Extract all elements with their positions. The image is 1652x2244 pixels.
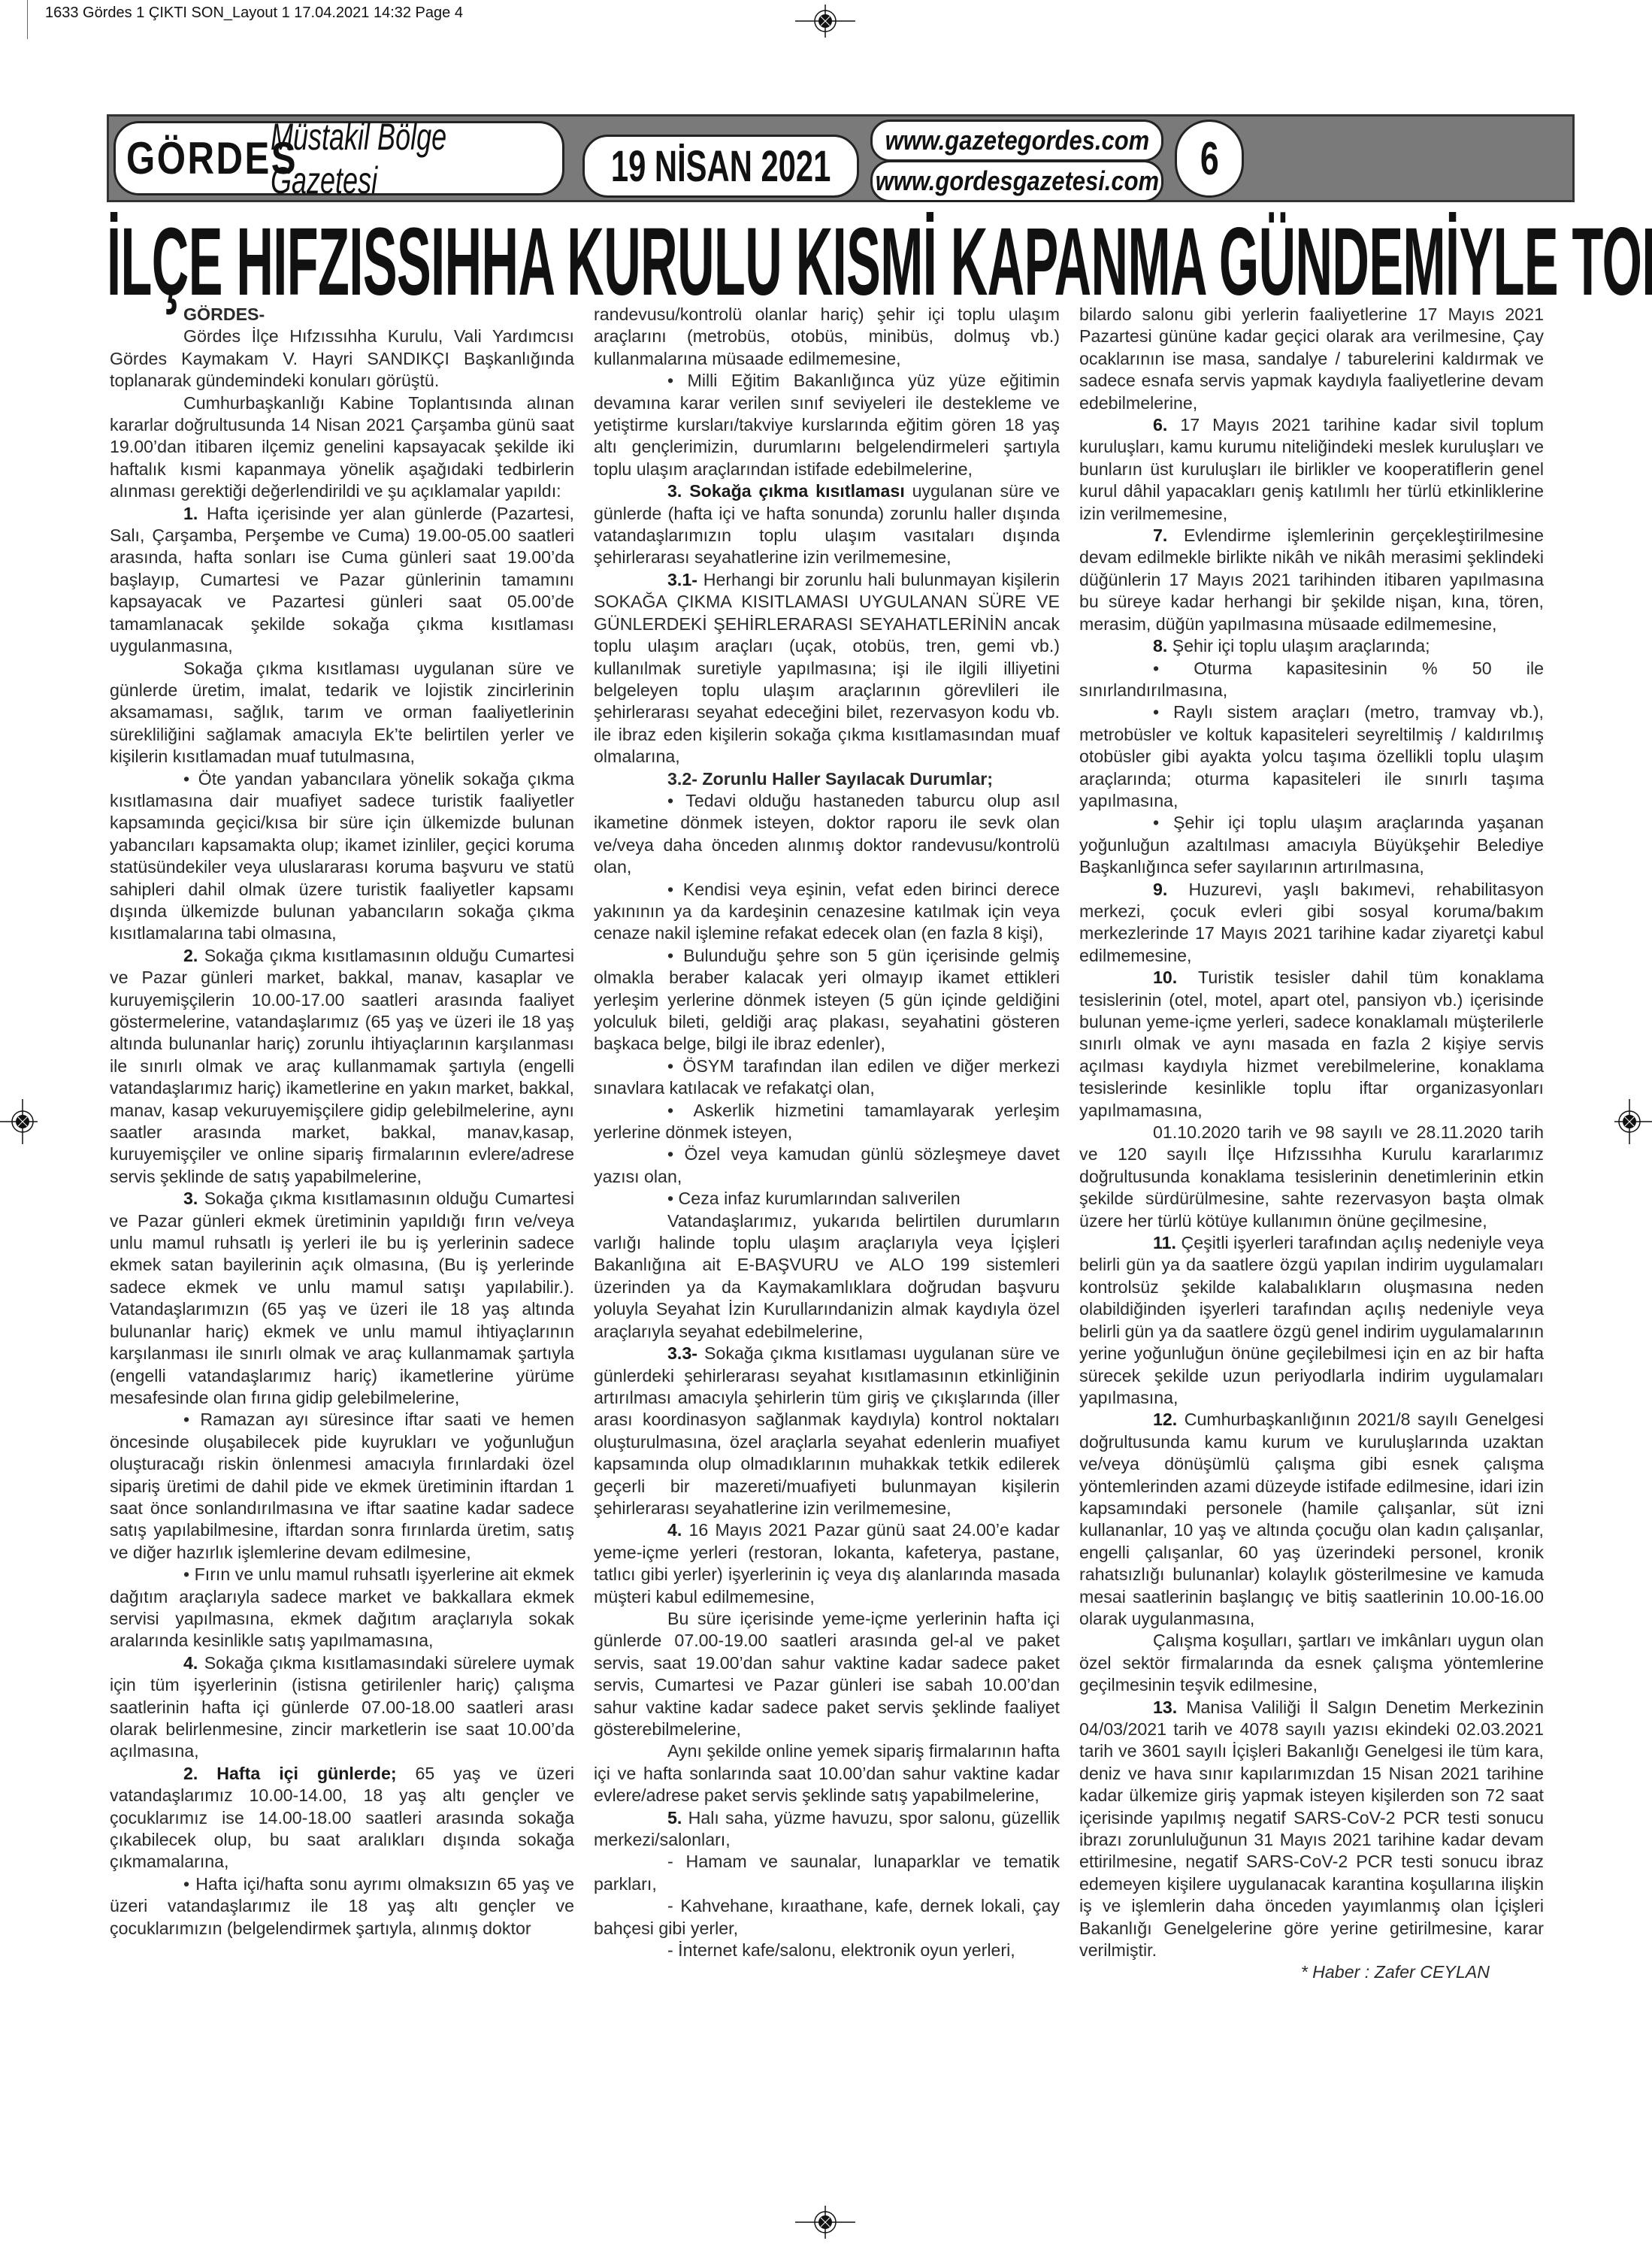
byline: * Haber : Zafer CEYLAN (1079, 1961, 1544, 1983)
registration-crosshair-icon (795, 2200, 855, 2244)
article-paragraph: • Ramazan ayı süresince iftar saati ve h… (110, 1409, 574, 1564)
website-primary-box: www.gazetegordes.com (870, 120, 1163, 162)
article-paragraph: 3. Sokağa çıkma kısıtlaması uygulanan sü… (594, 480, 1060, 569)
column-1-body: Gördes İlçe Hıfzıssıhha Kurulu, Vali Yar… (110, 326, 574, 1940)
paragraph-lead: 4. (667, 1520, 682, 1540)
article-paragraph: - İnternet kafe/salonu, elektronik oyun … (594, 1940, 1060, 1961)
article-paragraph: randevusu/kontrolü olanlar hariç) şehir … (594, 304, 1060, 370)
paragraph-lead: 3.3- (667, 1343, 697, 1363)
article-column-2: randevusu/kontrolü olanlar hariç) şehir … (594, 304, 1060, 1961)
article-paragraph: bilardo salonu gibi yerlerin faaliyetler… (1079, 304, 1544, 414)
article-paragraph: Vatandaşlarımız, yukarıda belirtilen dur… (594, 1210, 1060, 1343)
article-paragraph: 13. Manisa Valiliği İl Salgın Denetim Me… (1079, 1697, 1544, 1962)
paragraph-lead: 8. (1153, 636, 1167, 656)
dateline: GÖRDES- (110, 304, 574, 326)
issue-date: 19 NİSAN 2021 (611, 141, 831, 192)
registration-mark-bottom (795, 2200, 855, 2244)
article-paragraph: Cumhurbaşkanlığı Kabine Toplantısında al… (110, 392, 574, 503)
registration-mark-left (0, 1099, 53, 1144)
registration-crosshair-icon (0, 1099, 53, 1144)
page-number: 6 (1200, 132, 1219, 186)
paragraph-lead: 2. Hafta içi günlerde; (183, 1764, 397, 1783)
paragraph-lead: 3. (183, 1189, 198, 1208)
website-primary[interactable]: www.gazetegordes.com (885, 125, 1149, 156)
paragraph-lead: 6. (1153, 415, 1167, 435)
paragraph-lead: 12. (1153, 1410, 1177, 1429)
paragraph-lead: 3. Sokağa çıkma kısıtlaması (667, 481, 905, 501)
column-3-body: bilardo salonu gibi yerlerin faaliyetler… (1079, 304, 1544, 1961)
article-paragraph: • ÖSYM tarafından ilan edilen ve diğer m… (594, 1055, 1060, 1100)
website-secondary[interactable]: www.gordesgazetesi.com (875, 165, 1158, 197)
article-paragraph: 2. Sokağa çıkma kısıtlamasının olduğu Cu… (110, 945, 574, 1188)
registration-mark-top (795, 0, 855, 44)
masthead: GÖRDES Müstakil Bölge Gazetesi 19 NİSAN … (107, 114, 1575, 202)
column-2-body: randevusu/kontrolü olanlar hariç) şehir … (594, 304, 1060, 1961)
article-column-3: bilardo salonu gibi yerlerin faaliyetler… (1079, 304, 1544, 1984)
article-paragraph: 6. 17 Mayıs 2021 tarihine kadar sivil to… (1079, 414, 1544, 525)
article-paragraph: 7. Evlendirme işlemlerinin gerçekleştiri… (1079, 525, 1544, 635)
article-paragraph: Bu süre içerisinde yeme-içme yerlerinin … (594, 1608, 1060, 1740)
article-paragraph: 8. Şehir içi toplu ulaşım araçlarında; (1079, 635, 1544, 657)
article-paragraph: Sokağa çıkma kısıtlaması uygulanan süre … (110, 658, 574, 768)
newspaper-tagline: Müstakil Bölge Gazetesi (271, 115, 480, 202)
print-slug: 1633 Gördes 1 ÇIKTI SON_Layout 1 17.04.2… (45, 5, 463, 22)
article-paragraph: 5. Halı saha, yüzme havuzu, spor salonu,… (594, 1807, 1060, 1852)
paragraph-lead: 13. (1153, 1697, 1177, 1717)
paragraph-lead: 1. (183, 504, 198, 523)
article-paragraph: Gördes İlçe Hıfzıssıhha Kurulu, Vali Yar… (110, 326, 574, 392)
masthead-nameplate: GÖRDES Müstakil Bölge Gazetesi (113, 121, 564, 195)
article-paragraph: - Hamam ve saunalar, lunaparklar ve tema… (594, 1851, 1060, 1895)
website-secondary-box: www.gordesgazetesi.com (870, 160, 1163, 202)
article-headline: İLÇE HIFZISSIHHA KURULU KISMİ KAPANMA GÜ… (107, 218, 1580, 307)
issue-date-box: 19 NİSAN 2021 (582, 135, 859, 198)
paragraph-lead: 3.1- (667, 570, 697, 589)
article-paragraph: 9. Huzurevi, yaşlı bakımevi, rehabilitas… (1079, 879, 1544, 968)
article-paragraph: Aynı şekilde online yemek sipariş firmal… (594, 1740, 1060, 1806)
paragraph-lead: 11. (1153, 1233, 1176, 1252)
article-column-1: GÖRDES- Gördes İlçe Hıfzıssıhha Kurulu, … (110, 304, 574, 1940)
article-paragraph: 1. Hafta içerisinde yer alan günlerde (P… (110, 503, 574, 658)
article-paragraph: 12. Cumhurbaşkanlığının 2021/8 sayılı Ge… (1079, 1409, 1544, 1630)
article-paragraph: 01.10.2020 tarih ve 98 sayılı ve 28.11.2… (1079, 1122, 1544, 1232)
article-paragraph: • Oturma kapasitesinin % 50 ile sınırlan… (1079, 658, 1544, 702)
article-paragraph: • Şehir içi toplu ulaşım araçlarında yaş… (1079, 812, 1544, 878)
article-paragraph: 4. 16 Mayıs 2021 Pazar günü saat 24.00’e… (594, 1519, 1060, 1608)
section-subheading: 3.2- Zorunlu Haller Sayılacak Durumlar; (594, 768, 1060, 790)
article-paragraph: 3.1- Herhangi bir zorunlu hali bulunmaya… (594, 569, 1060, 768)
article-paragraph: • Bulunduğu şehre son 5 gün içerisinde g… (594, 945, 1060, 1055)
registration-crosshair-icon (795, 0, 855, 44)
article-paragraph: • Hafta içi/hafta sonu ayrımı olmaksızın… (110, 1873, 574, 1940)
article-paragraph: • Raylı sistem araçları (metro, tramvay … (1079, 701, 1544, 812)
crop-rule (27, 0, 28, 39)
article-paragraph: • Kendisi veya eşinin, vefat eden birinc… (594, 879, 1060, 945)
registration-crosshair-icon (1599, 1099, 1652, 1144)
article-paragraph: Çalışma koşulları, şartları ve imkânları… (1079, 1630, 1544, 1696)
paragraph-lead: 5. (667, 1808, 682, 1828)
paragraph-lead: 4. (183, 1653, 198, 1673)
article-paragraph: • Askerlik hizmetini tamamlayarak yerleş… (594, 1100, 1060, 1144)
headline-text: İLÇE HIFZISSIHHA KURULU KISMİ KAPANMA GÜ… (107, 218, 895, 307)
article-paragraph: 2. Hafta içi günlerde; 65 yaş ve üzeri v… (110, 1763, 574, 1873)
article-paragraph: • Tedavi olduğu hastaneden taburcu olup … (594, 790, 1060, 879)
article-paragraph: 10. Turistik tesisler dahil tüm konaklam… (1079, 967, 1544, 1122)
page-number-box: 6 (1175, 120, 1244, 198)
paragraph-lead: 7. (1153, 525, 1167, 545)
registration-mark-right (1599, 1099, 1652, 1144)
article-paragraph: 4. Sokağa çıkma kısıtlamasındaki süreler… (110, 1652, 574, 1763)
article-paragraph: • Ceza infaz kurumlarından salıverilen (594, 1188, 1060, 1210)
article-paragraph: • Öte yandan yabancılara yönelik sokağa … (110, 768, 574, 945)
article-paragraph: 11. Çeşitli işyerleri tarafından açılış … (1079, 1232, 1544, 1409)
paragraph-lead: 2. (183, 946, 198, 965)
paragraph-lead: 9. (1153, 880, 1167, 899)
article-paragraph: - Kahvehane, kıraathane, kafe, dernek lo… (594, 1895, 1060, 1940)
article-paragraph: • Fırın ve unlu mamul ruhsatlı işyerleri… (110, 1564, 574, 1652)
article-paragraph: 3.3- Sokağa çıkma kısıtlaması uygulanan … (594, 1343, 1060, 1519)
article-paragraph: • Özel veya kamudan günlü sözleşmeye dav… (594, 1143, 1060, 1188)
article-paragraph: • Milli Eğitim Bakanlığınca yüz yüze eği… (594, 370, 1060, 480)
paragraph-lead: 10. (1153, 968, 1177, 987)
article-paragraph: 3. Sokağa çıkma kısıtlamasının olduğu Cu… (110, 1188, 574, 1409)
